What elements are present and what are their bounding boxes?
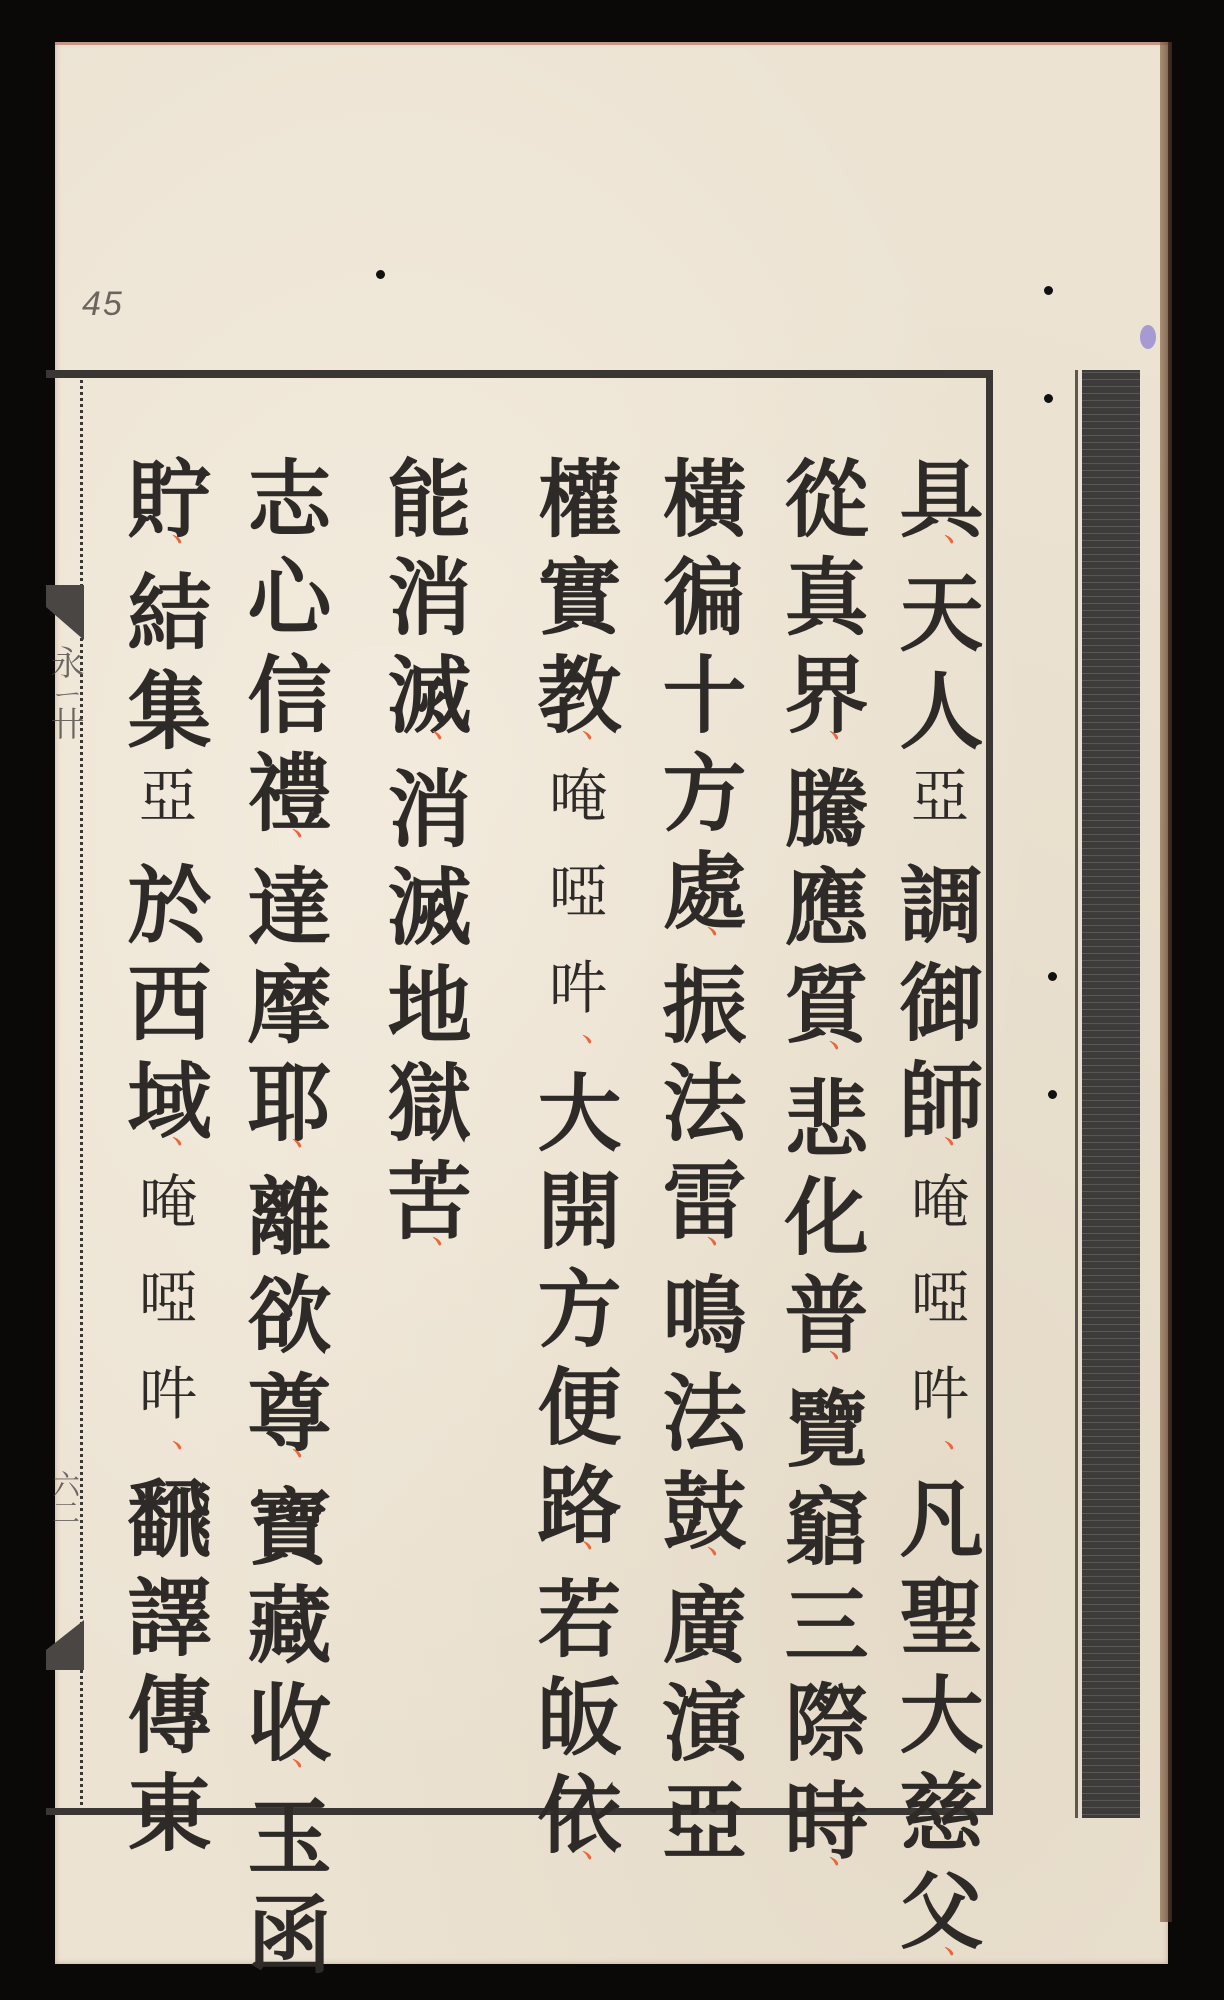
binding-hole <box>1048 1090 1057 1099</box>
red-punctuation-mark: 、 <box>880 1135 990 1171</box>
character: 若 <box>524 1575 623 1673</box>
character: 法 <box>649 1059 748 1157</box>
character: 便 <box>524 1363 623 1461</box>
red-punctuation-mark: 、 <box>368 729 478 765</box>
red-punctuation-mark: 、 <box>368 1235 478 1271</box>
character: 亞 <box>129 765 197 861</box>
red-punctuation-mark: 、 <box>643 1545 753 1581</box>
red-punctuation-mark: 、 <box>108 1439 218 1475</box>
character: 三 <box>771 1581 870 1679</box>
margin-title: 永ㄧ卄 <box>44 645 84 740</box>
character: 心 <box>234 553 333 651</box>
character: 譯 <box>114 1573 213 1671</box>
character: 應 <box>771 863 870 961</box>
character: 真 <box>771 553 870 651</box>
character: 啞 <box>901 1267 969 1363</box>
red-punctuation-mark: 、 <box>518 729 628 765</box>
character: 騰 <box>771 765 870 863</box>
heavy-ink-border-bar <box>1082 370 1140 1818</box>
margin-folio: 六二 <box>44 1470 84 1526</box>
red-punctuation-mark: 、 <box>643 925 753 961</box>
character: 十 <box>649 651 748 749</box>
character: 亞 <box>649 1777 748 1875</box>
character: 際 <box>771 1679 870 1777</box>
character: 集 <box>114 667 213 765</box>
character: 信 <box>234 651 333 749</box>
character: 方 <box>524 1265 623 1363</box>
red-punctuation-mark: 、 <box>765 729 875 765</box>
character: 皈 <box>524 1673 623 1771</box>
character: 人 <box>886 667 985 765</box>
character: 凡 <box>886 1475 985 1573</box>
character: 權 <box>524 455 623 553</box>
frame-border-top <box>46 370 991 378</box>
character: 調 <box>886 861 985 959</box>
text-column-4: 權實教、唵啞吽、大開方便路、若皈依、 <box>518 455 628 1885</box>
character: 從 <box>771 455 870 553</box>
character: 啞 <box>539 861 607 957</box>
binding-hole <box>376 270 385 279</box>
character: 欲 <box>234 1271 333 1369</box>
binding-hole <box>1044 394 1053 403</box>
character: 獄 <box>374 1059 473 1157</box>
text-column-6: 志心信禮、達摩耶、離欲尊、寶藏收、玉函 <box>228 455 338 1989</box>
text-column-5: 能消滅、消滅地獄苦、 <box>368 455 478 1271</box>
character: 結 <box>114 569 213 667</box>
character: 徧 <box>649 553 748 651</box>
text-column-3: 橫徧十方處、振法雷、鳴法鼓、廣演亞 <box>643 455 753 1875</box>
character: 鳴 <box>649 1271 748 1369</box>
character: 滅 <box>374 863 473 961</box>
paper-right-edge <box>1160 42 1172 1922</box>
purple-ink-stamp <box>1140 325 1156 349</box>
character: 消 <box>374 765 473 863</box>
character: 離 <box>234 1173 333 1271</box>
character: 天 <box>886 569 985 667</box>
character: 橫 <box>649 455 748 553</box>
red-punctuation-mark: 、 <box>765 1349 875 1385</box>
red-punctuation-mark: 、 <box>880 1439 990 1475</box>
character: 東 <box>114 1769 213 1867</box>
red-punctuation-mark: 、 <box>108 1135 218 1171</box>
binding-hole <box>1044 286 1053 295</box>
character: 慈 <box>886 1769 985 1867</box>
character: 玉 <box>234 1793 333 1891</box>
character: 化 <box>771 1173 870 1271</box>
character: 開 <box>524 1167 623 1265</box>
character: 大 <box>886 1671 985 1769</box>
character: 西 <box>114 959 213 1057</box>
character: 聖 <box>886 1573 985 1671</box>
text-column-7: 貯、結集亞於西域、唵啞吽、飜譯傳東 <box>108 455 218 1867</box>
character: 啞 <box>129 1267 197 1363</box>
text-column-2: 從真界、騰應質、悲化普、覽竆三際時、 <box>765 455 875 1891</box>
character: 於 <box>114 861 213 959</box>
character: 摩 <box>234 961 333 1059</box>
character: 能 <box>374 455 473 553</box>
character: 消 <box>374 553 473 651</box>
character: 演 <box>649 1679 748 1777</box>
character: 振 <box>649 961 748 1059</box>
red-punctuation-mark: 、 <box>228 1757 338 1793</box>
character: 飜 <box>114 1475 213 1573</box>
red-punctuation-mark: 、 <box>518 1033 628 1069</box>
binding-hole <box>1048 972 1057 981</box>
red-punctuation-mark: 、 <box>108 533 218 569</box>
character: 志 <box>234 455 333 553</box>
character: 唵 <box>129 1171 197 1267</box>
character: 覽 <box>771 1385 870 1483</box>
character: 竆 <box>771 1483 870 1581</box>
character: 達 <box>234 863 333 961</box>
character: 悲 <box>771 1075 870 1173</box>
character: 實 <box>524 553 623 651</box>
red-punctuation-mark: 、 <box>228 1447 338 1483</box>
character: 大 <box>524 1069 623 1167</box>
character: 御 <box>886 959 985 1057</box>
character: 藏 <box>234 1581 333 1679</box>
character: 法 <box>649 1369 748 1467</box>
character: 唵 <box>901 1171 969 1267</box>
red-punctuation-mark: 、 <box>228 1137 338 1173</box>
handwritten-page-number: 45 <box>82 285 124 324</box>
character: 地 <box>374 961 473 1059</box>
red-punctuation-mark: 、 <box>228 827 338 863</box>
red-punctuation-mark: 、 <box>518 1539 628 1575</box>
paper-top-edge <box>55 42 1168 45</box>
character: 方 <box>649 749 748 847</box>
red-punctuation-mark: 、 <box>880 533 990 569</box>
red-punctuation-mark: 、 <box>643 1235 753 1271</box>
text-column-1: 具、天人亞調御師、唵啞吽、凡聖大慈父、 <box>880 455 990 1981</box>
character: 唵 <box>539 765 607 861</box>
character: 傳 <box>114 1671 213 1769</box>
red-punctuation-mark: 、 <box>765 1039 875 1075</box>
character: 函 <box>234 1891 333 1989</box>
red-punctuation-mark: 、 <box>880 1945 990 1981</box>
character: 廣 <box>649 1581 748 1679</box>
red-punctuation-mark: 、 <box>518 1849 628 1885</box>
character: 亞 <box>901 765 969 861</box>
character: 寶 <box>234 1483 333 1581</box>
red-punctuation-mark: 、 <box>765 1855 875 1891</box>
border-line <box>1075 370 1078 1818</box>
